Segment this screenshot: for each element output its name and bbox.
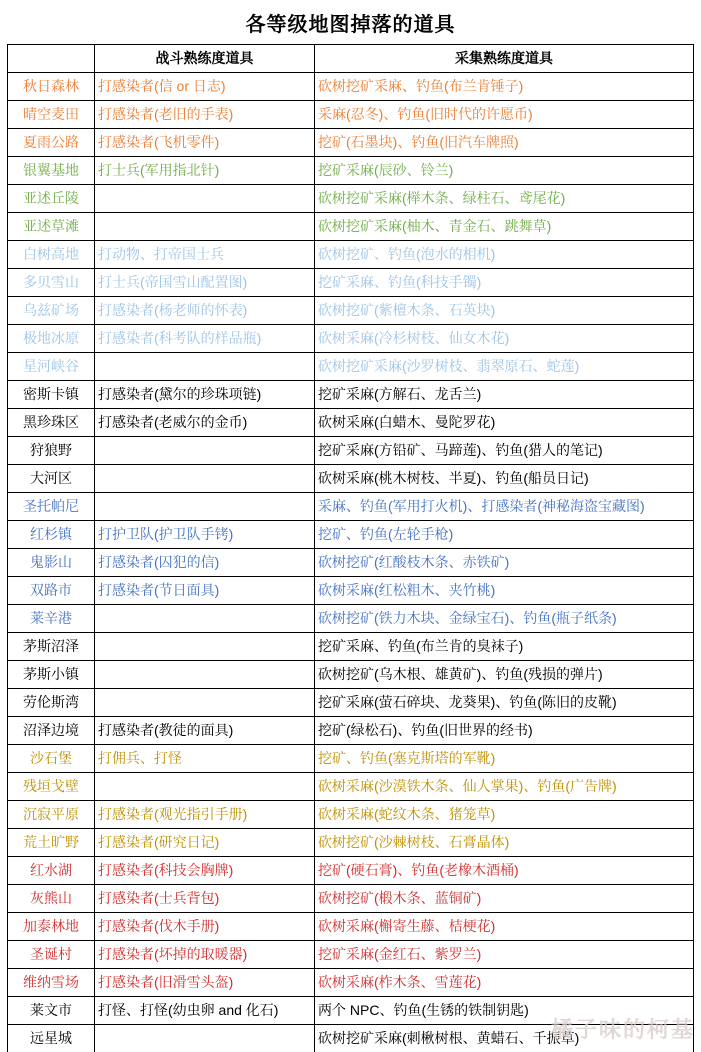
combat-items-cell [95,185,315,213]
table-row: 茅斯小镇砍树挖矿(乌木根、雄黄矿)、钓鱼(残损的弹片) [8,661,694,689]
table-row: 晴空麦田打感染者(老旧的手表)采麻(忍冬)、钓鱼(旧时代的许愿币) [8,101,694,129]
map-name-cell: 荒土旷野 [8,829,95,857]
combat-items-cell: 打感染者(老旧的手表) [95,101,315,129]
map-name-cell: 劳伦斯湾 [8,689,95,717]
table-row: 红杉镇打护卫队(护卫队手铐)挖矿、钓鱼(左轮手枪) [8,521,694,549]
map-name-cell: 亚述草滩 [8,213,95,241]
map-name-cell: 星河峡谷 [8,353,95,381]
map-name-cell: 圣诞村 [8,941,95,969]
combat-items-cell: 打感染者(科考队的样品瓶) [95,325,315,353]
table-row: 白树高地打动物、打帝国士兵砍树挖矿、钓鱼(泡水的相机) [8,241,694,269]
map-name-cell: 多贝雪山 [8,269,95,297]
combat-items-cell: 打感染者(研究日记) [95,829,315,857]
combat-items-cell: 打感染者(杨老师的怀表) [95,297,315,325]
combat-items-cell: 打感染者(信 or 日志) [95,73,315,101]
table-row: 远星城砍树挖矿采麻(刺楸树根、黄蜡石、千振草) [8,1025,694,1052]
combat-items-cell: 打感染者(士兵背包) [95,885,315,913]
gather-items-cell: 挖矿采麻(金红石、紫罗兰) [315,941,694,969]
gather-items-cell: 挖矿采麻(方铅矿、马蹄莲)、钓鱼(猎人的笔记) [315,437,694,465]
map-name-cell: 红水湖 [8,857,95,885]
table-row: 黑珍珠区打感染者(老威尔的金币)砍树采麻(白蜡木、曼陀罗花) [8,409,694,437]
gather-items-cell: 采麻、钓鱼(军用打火机)、打感染者(神秘海盗宝藏图) [315,493,694,521]
map-name-cell: 密斯卡镇 [8,381,95,409]
gather-items-cell: 砍树挖矿采麻(刺楸树根、黄蜡石、千振草) [315,1025,694,1052]
gather-items-cell: 砍树采麻(冷杉树枝、仙女木花) [315,325,694,353]
map-name-cell: 大河区 [8,465,95,493]
gather-items-cell: 砍树挖矿(紫檀木条、石英块) [315,297,694,325]
table-row: 夏雨公路打感染者(飞机零件)挖矿(石墨块)、钓鱼(旧汽车牌照) [8,129,694,157]
table-row: 狩狼野挖矿采麻(方铅矿、马蹄莲)、钓鱼(猎人的笔记) [8,437,694,465]
gather-items-cell: 砍树采麻(沙漠铁木条、仙人掌果)、钓鱼(广告牌) [315,773,694,801]
combat-items-cell: 打感染者(科技会胸牌) [95,857,315,885]
combat-items-cell [95,661,315,689]
map-name-cell: 黑珍珠区 [8,409,95,437]
map-name-cell: 远星城 [8,1025,95,1052]
map-name-cell: 莱辛港 [8,605,95,633]
gather-items-cell: 砍树挖矿采麻(柚木、青金石、跳舞草) [315,213,694,241]
combat-items-cell: 打感染者(旧滑雪头盔) [95,969,315,997]
table-row: 灰熊山打感染者(士兵背包)砍树挖矿(椴木条、蓝铜矿) [8,885,694,913]
combat-items-cell [95,465,315,493]
combat-items-cell [95,689,315,717]
gather-items-cell: 砍树采麻(柞木条、雪莲花) [315,969,694,997]
table-row: 密斯卡镇打感染者(黛尔的珍珠项链)挖矿采麻(方解石、龙舌兰) [8,381,694,409]
gather-items-cell: 挖矿采麻(方解石、龙舌兰) [315,381,694,409]
gather-items-cell: 挖矿(硬石膏)、钓鱼(老橡木酒桶) [315,857,694,885]
combat-items-cell: 打士兵(军用指北针) [95,157,315,185]
map-name-cell: 晴空麦田 [8,101,95,129]
gather-items-cell: 砍树采麻(白蜡木、曼陀罗花) [315,409,694,437]
combat-items-cell: 打感染者(飞机零件) [95,129,315,157]
gather-items-cell: 砍树挖矿(乌木根、雄黄矿)、钓鱼(残损的弹片) [315,661,694,689]
map-name-cell: 银翼基地 [8,157,95,185]
map-name-cell: 灰熊山 [8,885,95,913]
combat-items-cell [95,213,315,241]
table-row: 亚述丘陵砍树挖矿采麻(榉木条、绿柱石、鸢尾花) [8,185,694,213]
gather-items-cell: 砍树采麻(红松粗木、夹竹桃) [315,577,694,605]
combat-items-cell [95,353,315,381]
map-name-cell: 夏雨公路 [8,129,95,157]
map-name-cell: 红杉镇 [8,521,95,549]
header-row: 战斗熟练度道具 采集熟练度道具 [8,45,694,73]
combat-items-cell: 打怪、打怪(幼虫卵 and 化石) [95,997,315,1025]
table-header: 战斗熟练度道具 采集熟练度道具 [8,45,694,73]
map-name-cell: 莱文市 [8,997,95,1025]
table-row: 双路市打感染者(节日面具)砍树采麻(红松粗木、夹竹桃) [8,577,694,605]
table-row: 乌兹矿场打感染者(杨老师的怀表)砍树挖矿(紫檀木条、石英块) [8,297,694,325]
table-row: 残垣戈壁砍树采麻(沙漠铁木条、仙人掌果)、钓鱼(广告牌) [8,773,694,801]
table-row: 茅斯沼泽挖矿采麻、钓鱼(布兰肯的臭袜子) [8,633,694,661]
table-row: 荒土旷野打感染者(研究日记)砍树挖矿(沙棘树枝、石膏晶体) [8,829,694,857]
header-combat: 战斗熟练度道具 [95,45,315,73]
gather-items-cell: 挖矿、钓鱼(左轮手枪) [315,521,694,549]
table-row: 大河区砍树采麻(桃木树枝、半夏)、钓鱼(船员日记) [8,465,694,493]
page-title: 各等级地图掉落的道具 [0,8,701,37]
gather-items-cell: 砍树采麻(桃木树枝、半夏)、钓鱼(船员日记) [315,465,694,493]
table-row: 圣托帕尼采麻、钓鱼(军用打火机)、打感染者(神秘海盗宝藏图) [8,493,694,521]
header-gather: 采集熟练度道具 [315,45,694,73]
table-row: 星河峡谷砍树挖矿采麻(沙罗树枝、翡翠原石、蛇莲) [8,353,694,381]
gather-items-cell: 砍树挖矿、钓鱼(泡水的相机) [315,241,694,269]
gather-items-cell: 挖矿(石墨块)、钓鱼(旧汽车牌照) [315,129,694,157]
map-name-cell: 白树高地 [8,241,95,269]
combat-items-cell [95,633,315,661]
gather-items-cell: 挖矿采麻(萤石碎块、龙葵果)、钓鱼(陈旧的皮靴) [315,689,694,717]
map-name-cell: 沼泽边境 [8,717,95,745]
gather-items-cell: 挖矿采麻(辰砂、铃兰) [315,157,694,185]
gather-items-cell: 砍树挖矿(红酸枝木条、赤铁矿) [315,549,694,577]
table-row: 莱文市打怪、打怪(幼虫卵 and 化石)两个 NPC、钓鱼(生锈的铁制钥匙) [8,997,694,1025]
gather-items-cell: 砍树挖矿(沙棘树枝、石膏晶体) [315,829,694,857]
table-row: 鬼影山打感染者(囚犯的信)砍树挖矿(红酸枝木条、赤铁矿) [8,549,694,577]
combat-items-cell [95,773,315,801]
table-row: 极地冰原打感染者(科考队的样品瓶)砍树采麻(冷杉树枝、仙女木花) [8,325,694,353]
combat-items-cell [95,605,315,633]
combat-items-cell: 打士兵(帝国雪山配置图) [95,269,315,297]
combat-items-cell: 打感染者(观光指引手册) [95,801,315,829]
table-row: 红水湖打感染者(科技会胸牌)挖矿(硬石膏)、钓鱼(老橡木酒桶) [8,857,694,885]
map-name-cell: 极地冰原 [8,325,95,353]
gather-items-cell: 挖矿、钓鱼(塞克斯塔的军靴) [315,745,694,773]
map-name-cell: 残垣戈壁 [8,773,95,801]
gather-items-cell: 砍树采麻(槲寄生藤、桔梗花) [315,913,694,941]
combat-items-cell: 打感染者(伐木手册) [95,913,315,941]
table-row: 劳伦斯湾挖矿采麻(萤石碎块、龙葵果)、钓鱼(陈旧的皮靴) [8,689,694,717]
gather-items-cell: 砍树挖矿采麻(沙罗树枝、翡翠原石、蛇莲) [315,353,694,381]
table-row: 秋日森林打感染者(信 or 日志)砍树挖矿采麻、钓鱼(布兰肯锤子) [8,73,694,101]
map-name-cell: 圣托帕尼 [8,493,95,521]
table-row: 多贝雪山打士兵(帝国雪山配置图)挖矿采麻、钓鱼(科技手镯) [8,269,694,297]
combat-items-cell: 打感染者(坏掉的取暖器) [95,941,315,969]
map-name-cell: 茅斯沼泽 [8,633,95,661]
combat-items-cell: 打护卫队(护卫队手铐) [95,521,315,549]
table-row: 亚述草滩砍树挖矿采麻(柚木、青金石、跳舞草) [8,213,694,241]
gather-items-cell: 砍树挖矿(椴木条、蓝铜矿) [315,885,694,913]
table-row: 加泰林地打感染者(伐木手册)砍树采麻(槲寄生藤、桔梗花) [8,913,694,941]
gather-items-cell: 挖矿采麻、钓鱼(科技手镯) [315,269,694,297]
combat-items-cell [95,1025,315,1052]
combat-items-cell: 打动物、打帝国士兵 [95,241,315,269]
map-name-cell: 茅斯小镇 [8,661,95,689]
map-name-cell: 秋日森林 [8,73,95,101]
combat-items-cell: 打感染者(黛尔的珍珠项链) [95,381,315,409]
gather-items-cell: 砍树挖矿(铁力木块、金绿宝石)、钓鱼(瓶子纸条) [315,605,694,633]
map-name-cell: 乌兹矿场 [8,297,95,325]
table-row: 维纳雪场打感染者(旧滑雪头盔)砍树采麻(柞木条、雪莲花) [8,969,694,997]
map-name-cell: 沙石堡 [8,745,95,773]
combat-items-cell: 打感染者(老威尔的金币) [95,409,315,437]
gather-items-cell: 砍树采麻(蛇纹木条、猪笼草) [315,801,694,829]
gather-items-cell: 砍树挖矿采麻、钓鱼(布兰肯锤子) [315,73,694,101]
combat-items-cell [95,437,315,465]
combat-items-cell: 打感染者(节日面具) [95,577,315,605]
map-name-cell: 狩狼野 [8,437,95,465]
table-row: 沼泽边境打感染者(教徒的面具)挖矿(绿松石)、钓鱼(旧世界的经书) [8,717,694,745]
combat-items-cell: 打佣兵、打怪 [95,745,315,773]
map-name-cell: 亚述丘陵 [8,185,95,213]
table-row: 银翼基地打士兵(军用指北针)挖矿采麻(辰砂、铃兰) [8,157,694,185]
gather-items-cell: 挖矿采麻、钓鱼(布兰肯的臭袜子) [315,633,694,661]
combat-items-cell [95,493,315,521]
map-name-cell: 沉寂平原 [8,801,95,829]
gather-items-cell: 采麻(忍冬)、钓鱼(旧时代的许愿币) [315,101,694,129]
map-name-cell: 双路市 [8,577,95,605]
combat-items-cell: 打感染者(囚犯的信) [95,549,315,577]
map-name-cell: 鬼影山 [8,549,95,577]
map-name-cell: 维纳雪场 [8,969,95,997]
map-name-cell: 加泰林地 [8,913,95,941]
table-row: 沉寂平原打感染者(观光指引手册)砍树采麻(蛇纹木条、猪笼草) [8,801,694,829]
table-row: 圣诞村打感染者(坏掉的取暖器)挖矿采麻(金红石、紫罗兰) [8,941,694,969]
table-row: 沙石堡打佣兵、打怪挖矿、钓鱼(塞克斯塔的军靴) [8,745,694,773]
gather-items-cell: 两个 NPC、钓鱼(生锈的铁制钥匙) [315,997,694,1025]
combat-items-cell: 打感染者(教徒的面具) [95,717,315,745]
table-body: 秋日森林打感染者(信 or 日志)砍树挖矿采麻、钓鱼(布兰肯锤子)晴空麦田打感染… [8,73,694,1052]
gather-items-cell: 砍树挖矿采麻(榉木条、绿柱石、鸢尾花) [315,185,694,213]
table-row: 莱辛港砍树挖矿(铁力木块、金绿宝石)、钓鱼(瓶子纸条) [8,605,694,633]
gather-items-cell: 挖矿(绿松石)、钓鱼(旧世界的经书) [315,717,694,745]
header-map [8,45,95,73]
drops-table: 战斗熟练度道具 采集熟练度道具 秋日森林打感染者(信 or 日志)砍树挖矿采麻、… [7,44,694,1052]
